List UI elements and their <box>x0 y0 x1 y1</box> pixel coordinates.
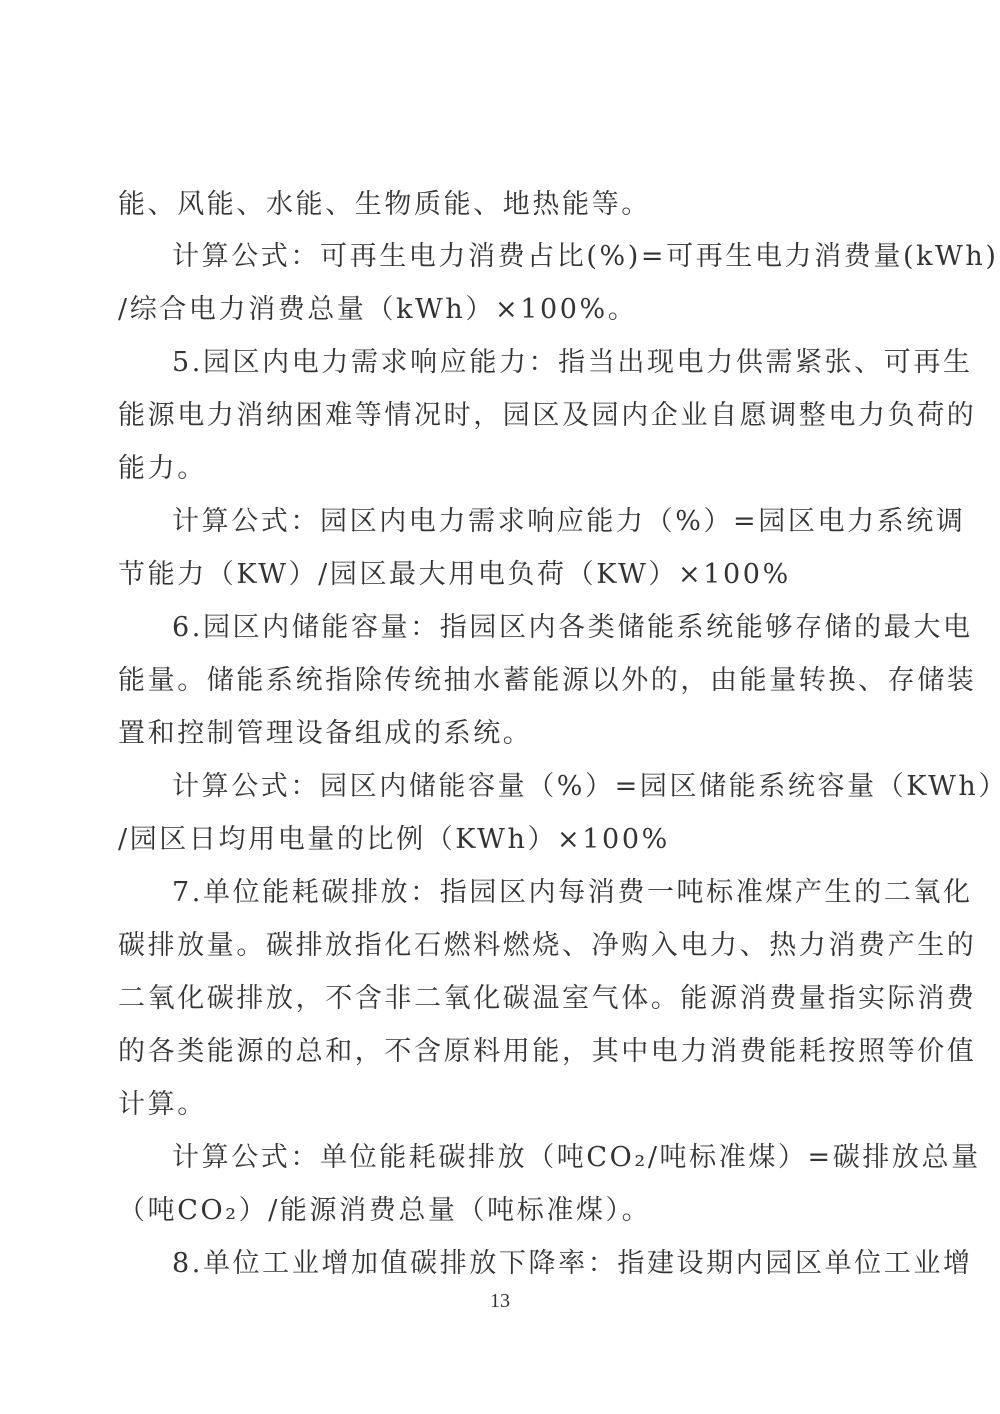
item-6-text-line-3: 置和控制管理设备组成的系统。 <box>118 714 894 754</box>
item-7-text-line-3: 二氧化碳排放，不含非二氧化碳温室气体。能源消费量指实际消费 <box>118 979 894 1019</box>
formula-storage-line-1: 计算公式：园区内储能容量（%）=园区储能系统容量（KWh） <box>172 767 894 807</box>
item-6-text-line-2: 能量。储能系统指除传统抽水蓄能源以外的，由能量转换、存储装 <box>118 661 894 701</box>
formula-storage-line-2: /园区日均用电量的比例（KWh）×100% <box>118 820 894 860</box>
formula-demand-response-line-1: 计算公式：园区内电力需求响应能力（%）=园区电力系统调 <box>172 502 894 542</box>
document-page: 能、风能、水能、生物质能、地热能等。 计算公式：可再生电力消费占比(%)=可再生… <box>0 0 1000 1414</box>
item-7-heading-line: 7.单位能耗碳排放：指园区内每消费一吨标准煤产生的二氧化 <box>172 873 894 913</box>
item-5-heading-line: 5.园区内电力需求响应能力：指当出现电力供需紧张、可再生 <box>172 343 894 383</box>
formula-demand-response-line-2: 节能力（KW）/园区最大用电负荷（KW）×100% <box>118 555 894 595</box>
formula-renewable-share-line-2: /综合电力消费总量（kWh）×100%。 <box>118 290 894 330</box>
text-line-1: 能、风能、水能、生物质能、地热能等。 <box>118 185 894 225</box>
item-6-heading-line: 6.园区内储能容量：指园区内各类储能系统能够存储的最大电 <box>172 608 894 648</box>
formula-renewable-share-line-1: 计算公式：可再生电力消费占比(%)=可再生电力消费量(kWh) <box>172 237 894 277</box>
formula-carbon-intensity-line-1: 计算公式：单位能耗碳排放（吨CO₂/吨标准煤）=碳排放总量 <box>172 1138 894 1178</box>
item-5-text-line-3: 能力。 <box>118 449 894 489</box>
page-number: 13 <box>0 1290 1000 1313</box>
formula-carbon-intensity-line-2: （吨CO₂）/能源消费总量（吨标准煤）。 <box>118 1191 894 1231</box>
item-8-heading-line: 8.单位工业增加值碳排放下降率：指建设期内园区单位工业增 <box>172 1244 894 1284</box>
item-5-text-line-2: 能源电力消纳困难等情况时，园区及园内企业自愿调整电力负荷的 <box>118 396 894 436</box>
item-7-text-line-2: 碳排放量。碳排放指化石燃料燃烧、净购入电力、热力消费产生的 <box>118 926 894 966</box>
item-7-text-line-5: 计算。 <box>118 1085 894 1125</box>
item-7-text-line-4: 的各类能源的总和，不含原料用能，其中电力消费能耗按照等价值 <box>118 1032 894 1072</box>
